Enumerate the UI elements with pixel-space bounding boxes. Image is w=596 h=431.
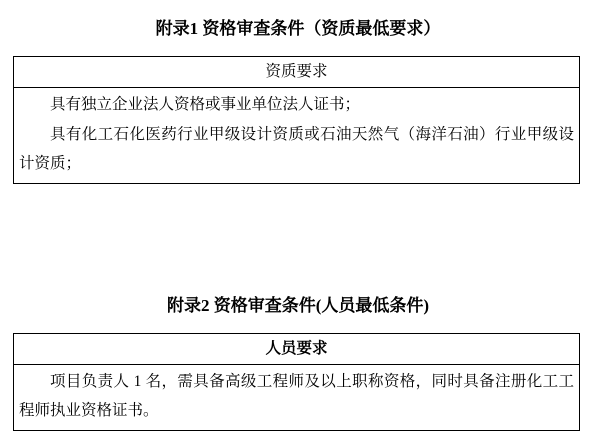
table-row: 资质要求	[14, 57, 580, 88]
table-row: 人员要求	[14, 333, 580, 364]
appendix2-table-body: 项目负责人 1 名，需具备高级工程师及以上职称资格，同时具备注册化工工程师执业资…	[14, 364, 580, 430]
appendix1-title: 附录1 资格审查条件（资质最低要求）	[0, 0, 596, 41]
requirement-paragraph: 项目负责人 1 名，需具备高级工程师及以上职称资格，同时具备注册化工工程师执业资…	[19, 367, 574, 426]
appendix1-table-header: 资质要求	[14, 57, 580, 88]
appendix1-table-body: 具有独立企业法人资格或事业单位法人证书； 具有化工石化医药行业甲级设计资质或石油…	[14, 88, 580, 184]
document-page: 附录1 资格审查条件（资质最低要求） 资质要求 具有独立企业法人资格或事业单位法…	[0, 0, 596, 431]
table-row: 具有独立企业法人资格或事业单位法人证书； 具有化工石化医药行业甲级设计资质或石油…	[14, 88, 580, 184]
table-row: 项目负责人 1 名，需具备高级工程师及以上职称资格，同时具备注册化工工程师执业资…	[14, 364, 580, 430]
appendix2-table: 人员要求 项目负责人 1 名，需具备高级工程师及以上职称资格，同时具备注册化工工…	[13, 333, 580, 431]
requirement-paragraph: 具有化工石化医药行业甲级设计资质或石油天然气（海洋石油）行业甲级设计资质；	[19, 120, 574, 179]
appendix2-table-header: 人员要求	[14, 333, 580, 364]
appendix1-table: 资质要求 具有独立企业法人资格或事业单位法人证书； 具有化工石化医药行业甲级设计…	[13, 56, 580, 184]
requirement-paragraph: 具有独立企业法人资格或事业单位法人证书；	[19, 90, 574, 120]
appendix2-title: 附录2 资格审查条件(人员最低条件)	[0, 294, 596, 318]
